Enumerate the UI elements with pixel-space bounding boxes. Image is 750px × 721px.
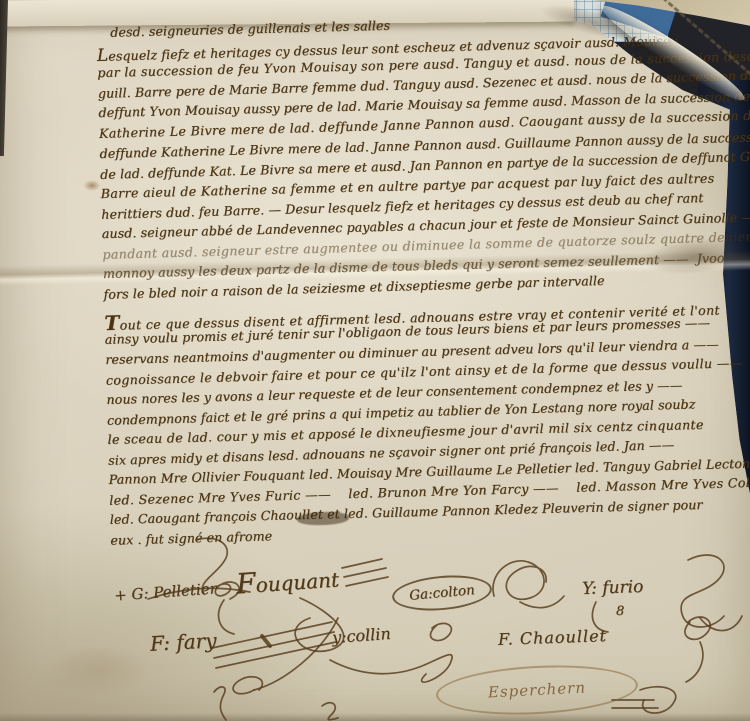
ink-stain — [82, 179, 102, 192]
signature-fary: F: fary — [149, 628, 217, 655]
signature-furio: Y: furio — [582, 577, 644, 599]
manuscript-photo: desd. seigneuries de guillenais et les s… — [0, 0, 750, 721]
page-bottom-edge — [0, 713, 750, 721]
manuscript-text-block: desd. seigneuries de guillenais et les s… — [96, 9, 734, 554]
paper-discoloration — [40, 640, 160, 700]
signature-furio-mark: 8 — [616, 604, 624, 619]
signature-chaoullet: F. Chaoullet — [498, 626, 608, 649]
